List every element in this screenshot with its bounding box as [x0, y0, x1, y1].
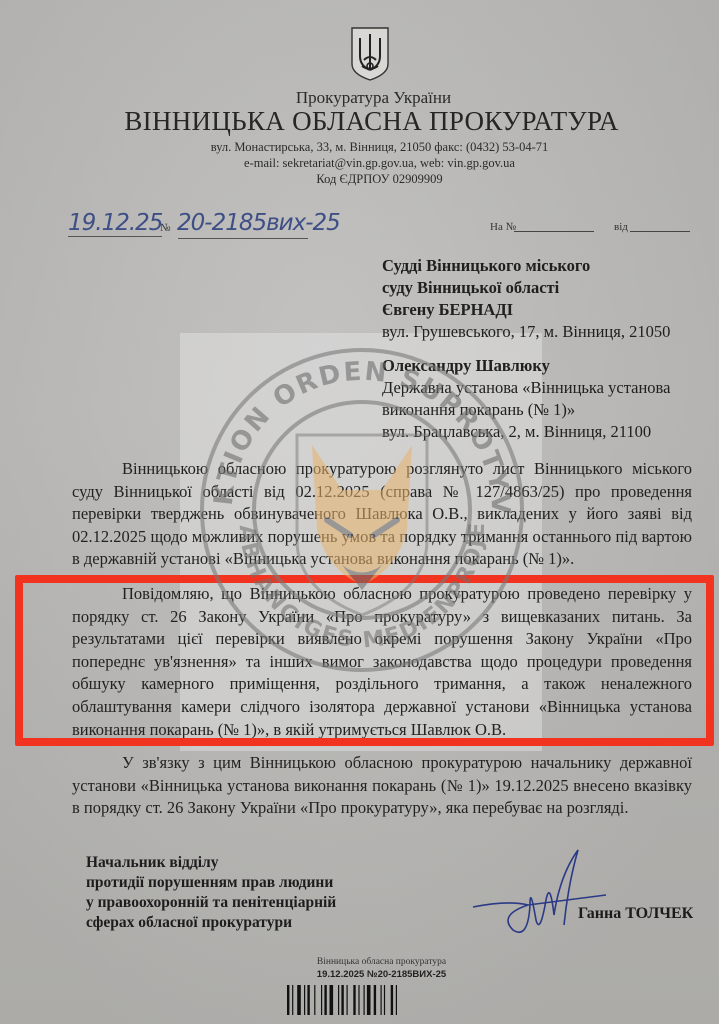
body-paragraph-1: Вінницькою обласною прокуратурою розглян… [72, 458, 692, 571]
organization-name: ВІННИЦЬКА ОБЛАСНА ПРОКУРАТУРА [12, 106, 719, 137]
handwritten-outgoing-number: 20-2185вих-25 [177, 210, 340, 236]
position-line: у правоохоронній та пенітенціарній [86, 893, 336, 913]
recipient-judge: Судді Вінницького міського суду Вінницьк… [382, 255, 670, 343]
recipient-name-line: суду Вінницької області [382, 278, 559, 297]
recipient-name-line: Євгену БЕРНАДІ [382, 300, 513, 319]
position-line: сферах обласної прокуратури [86, 913, 336, 933]
organization-contacts: e-mail: sekretariat@vin.gp.gov.ua, web: … [20, 156, 719, 171]
position-line: протидії порушенням прав людини [86, 873, 336, 893]
reply-number-blank [514, 231, 594, 232]
paragraph-text: У зв'язку з цим Вінницькою обласною прок… [72, 752, 692, 820]
handwritten-signature-icon [468, 845, 608, 945]
position-line: Начальник відділу [86, 853, 336, 873]
body-paragraph-3: У зв'язку з цим Вінницькою обласною прок… [72, 752, 692, 820]
highlight-annotation-box [15, 575, 714, 746]
number-underline [178, 238, 308, 239]
recipient-address: вул. Грушевського, 17, м. Вінниця, 21050 [382, 321, 670, 343]
number-label: № [160, 222, 171, 234]
signer-position: Начальник відділу протидії порушенням пр… [86, 853, 336, 933]
signer-name: Ганна ТОЛЧЕК [578, 905, 693, 923]
registry-organization: Вінницька обласна прокуратура [22, 957, 719, 967]
recipient-name-line: Судді Вінницького міського [382, 256, 590, 275]
reply-number-label: На № [490, 221, 516, 233]
recipient-institution-line: Державна установа «Вінницька установа [382, 377, 670, 399]
paragraph-text: Вінницькою обласною прокуратурою розглян… [72, 458, 692, 571]
recipient-name-line: Олександру Шавлюку [382, 356, 550, 375]
barcode-icon [285, 985, 437, 1015]
handwritten-date: 19.12.25 [68, 210, 162, 237]
reply-date-label: від [614, 221, 628, 233]
trident-coat-of-arms-icon [350, 26, 390, 82]
agency-name: Прокуратура України [14, 88, 719, 108]
organization-address: вул. Монастирська, 33, м. Вінниця, 21050… [20, 140, 719, 155]
organization-code: Код ЄДРПОУ 02909909 [20, 172, 719, 187]
reply-date-blank [630, 231, 690, 232]
registry-number: 19.12.2025 №20-2185ВИХ-25 [22, 969, 719, 980]
recipient-institution-line: виконання покарань (№ 1)» [382, 399, 670, 421]
recipient-address: вул. Брацлавська, 2, м. Вінниця, 21100 [382, 421, 670, 443]
recipient-defendant: Олександру Шавлюку Державна установа «Ві… [382, 355, 670, 443]
